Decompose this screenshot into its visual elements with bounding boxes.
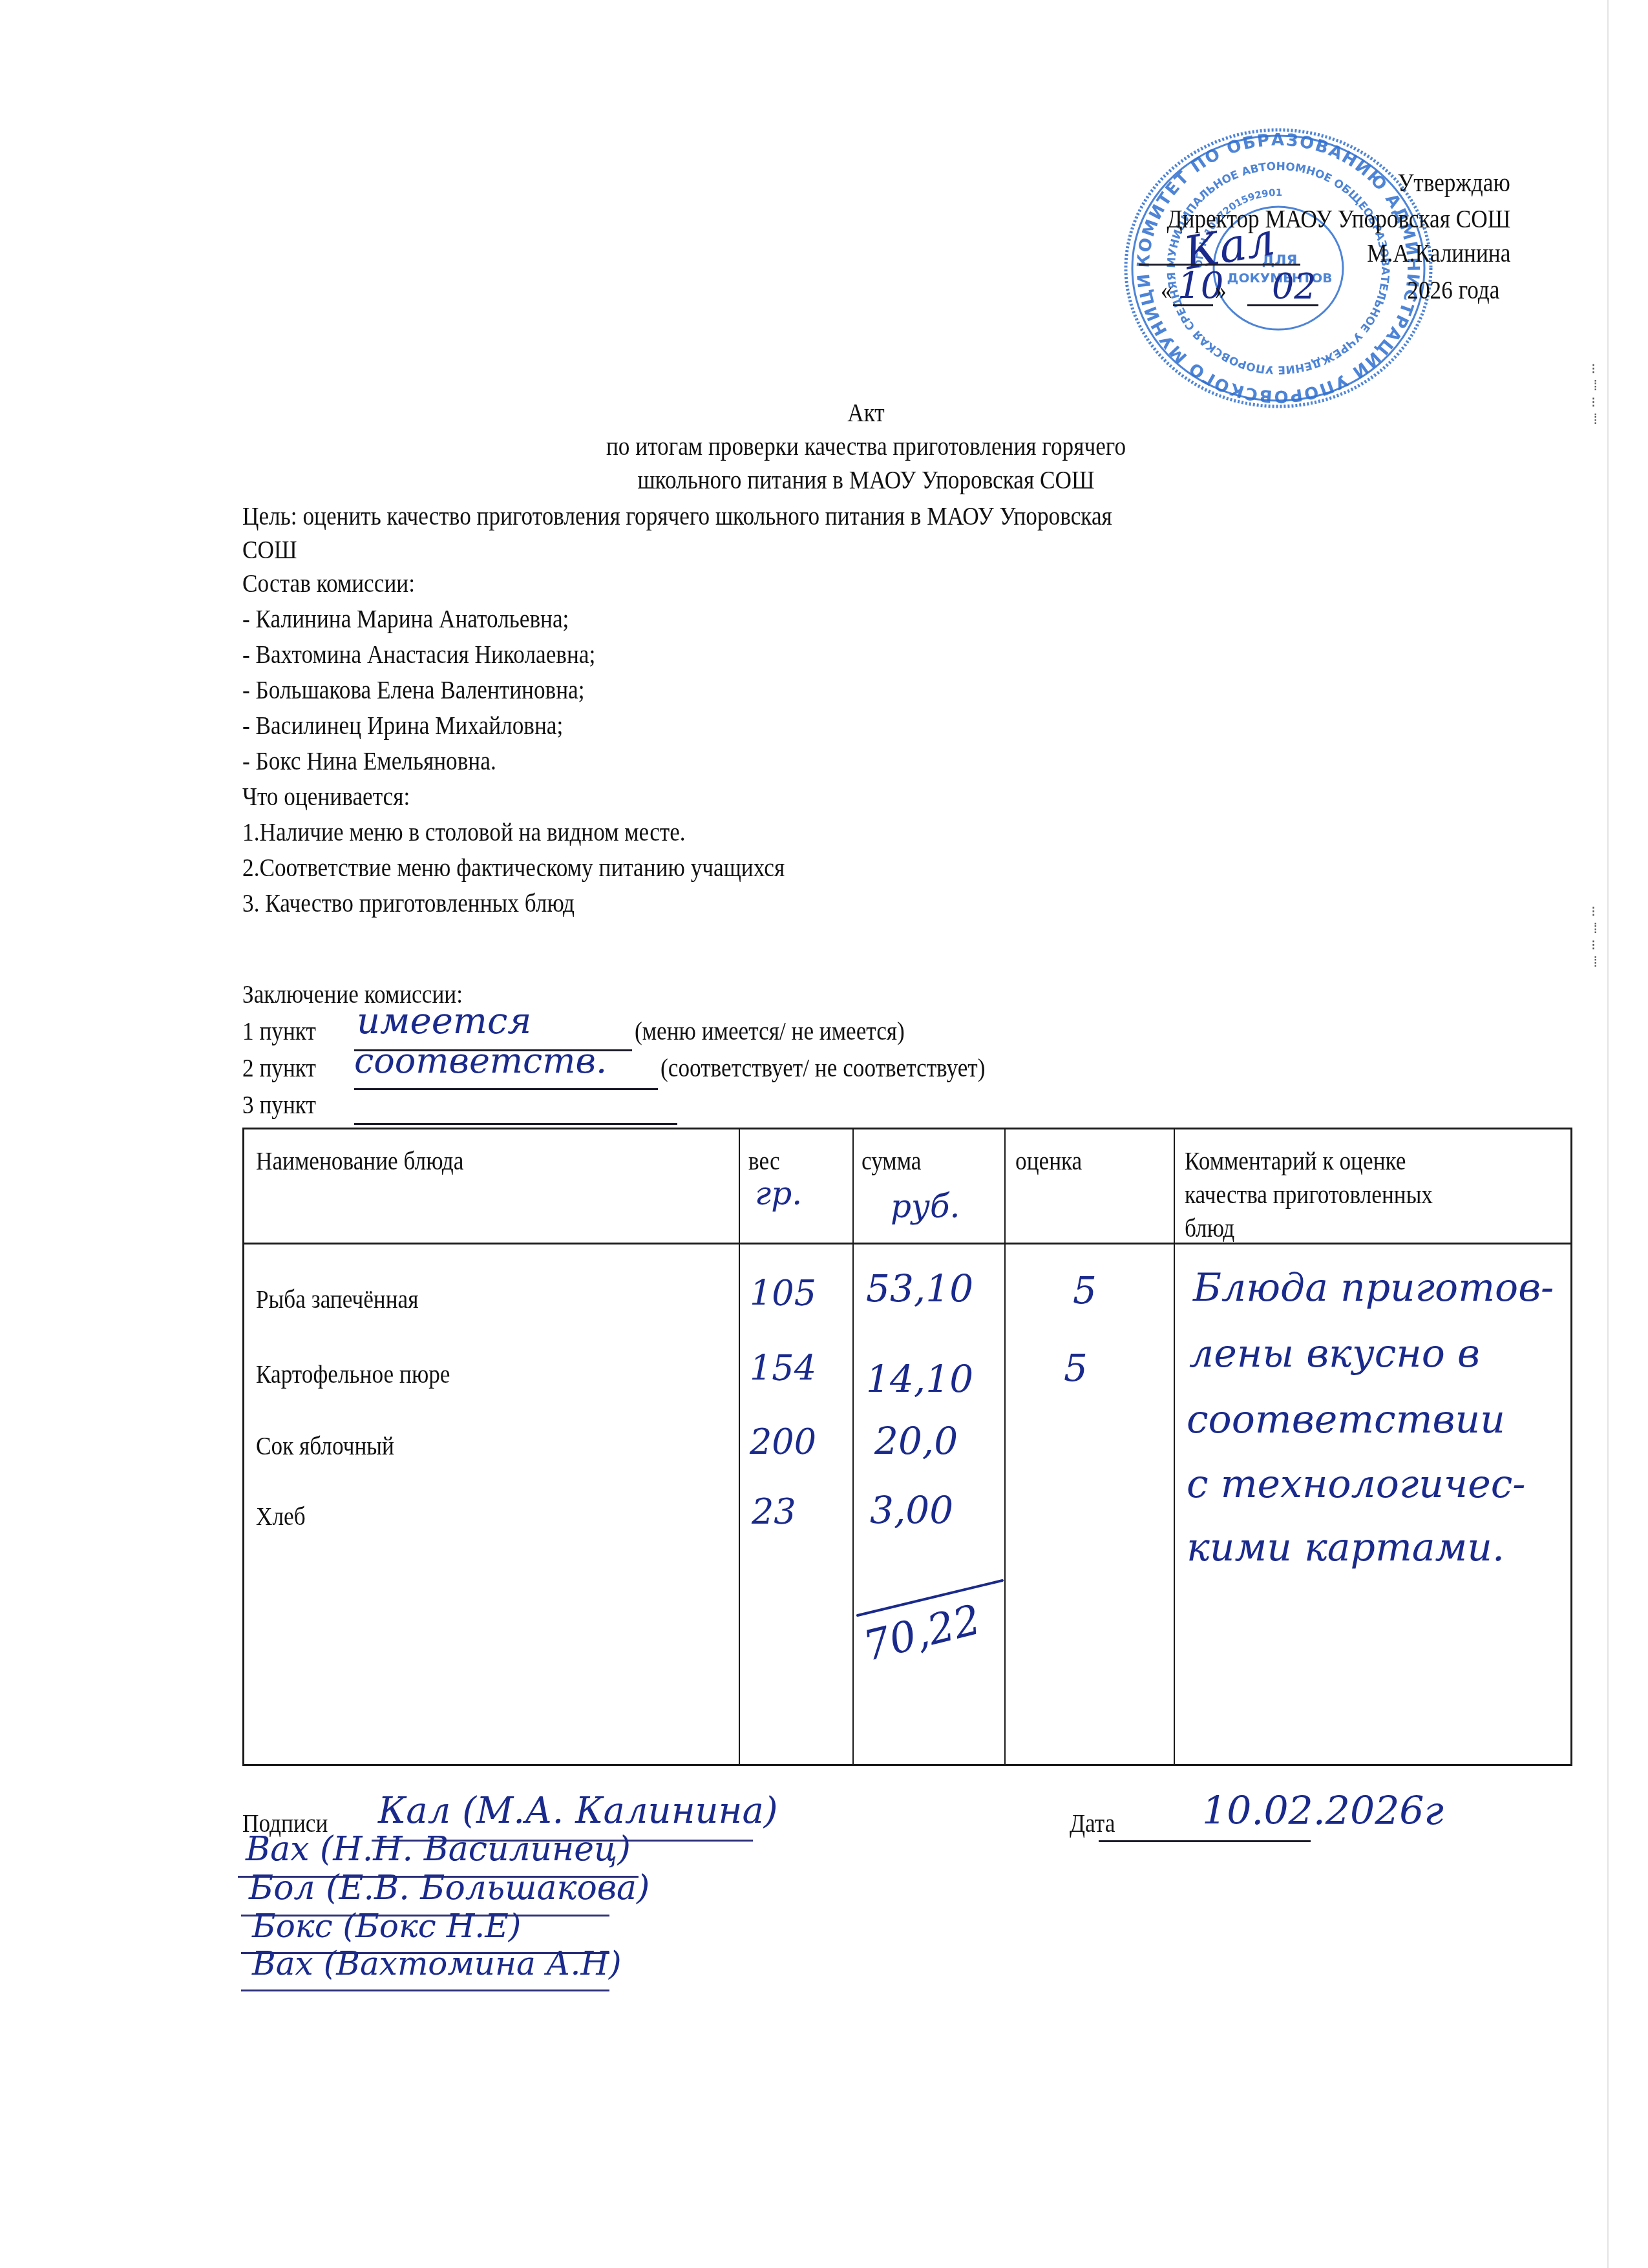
date-label: Дата (1070, 1806, 1115, 1840)
dish-weight: 105 (750, 1273, 816, 1314)
dishes-table: Наименование блюда вес гр. сумма руб. оц… (242, 1128, 1572, 1766)
commission-member: - Большакова Елена Валентиновна; (242, 673, 585, 706)
header-sum: сумма (861, 1144, 921, 1177)
dish-weight: 154 (750, 1348, 816, 1389)
dish-name: Хлеб (256, 1499, 306, 1533)
commission-label: Состав комиссии: (242, 566, 415, 600)
comment-line: соответствии (1187, 1397, 1505, 1442)
signature-underline (241, 1990, 609, 1991)
header-comment: Комментарий к оценке (1185, 1144, 1406, 1177)
document-subtitle-line2: школьного питания в МАОУ Упоровская СОШ (637, 463, 1094, 496)
header-sum-unit: руб. (891, 1188, 960, 1225)
header-grade: оценка (1015, 1144, 1082, 1177)
commission-member: - Вахтомина Анастасия Николаевна; (242, 637, 595, 671)
date-close-quote: » (1215, 273, 1227, 306)
goal-line1: Цель: оценить качество приготовления гор… (242, 499, 1112, 532)
dish-grade: 5 (1064, 1346, 1088, 1390)
commission-member: - Василинец Ирина Михайловна; (242, 708, 563, 742)
comment-line: кими картами. (1187, 1525, 1505, 1570)
point3-label: 3 пункт (242, 1087, 316, 1121)
dish-sum: 53,10 (866, 1266, 973, 1310)
criteria-item: 2.Соответствие меню фактическому питанию… (242, 850, 785, 884)
signature-line: Кал (М.А. Калинина) (378, 1790, 778, 1832)
approval-month: 02 (1272, 266, 1316, 307)
comment-line: лены вкусно в (1189, 1331, 1480, 1376)
date-open-quote: « (1161, 273, 1172, 306)
commission-member: - Бокс Нина Емельяновна. (242, 744, 496, 777)
header-comment: блюд (1185, 1211, 1234, 1244)
commission-member: - Калинина Марина Анатольевна; (242, 602, 569, 635)
criteria-label: Что оценивается: (242, 779, 410, 813)
header-weight-unit: гр. (755, 1175, 802, 1212)
scan-edge-marks: ⁝⁞⁝⁞ (1591, 362, 1604, 429)
signature-line: Вах (Н.Н. Василинец) (246, 1830, 631, 1869)
day-underline (1173, 304, 1213, 306)
signature-line: Бокс (Бокс Н.Е) (252, 1907, 521, 1945)
document-subtitle-line1: по итогам проверки качества приготовлени… (606, 429, 1126, 463)
scan-edge-marks: ⁝⁞⁝⁞ (1591, 905, 1604, 972)
dish-name: Картофельное пюре (256, 1357, 450, 1391)
point2-answer: соответств. (354, 1040, 607, 1081)
dish-weight: 23 (752, 1491, 796, 1532)
header-weight: вес (748, 1144, 780, 1177)
header-comment: качества приготовленных (1185, 1177, 1433, 1211)
signature-line: Вах (Вахтомина А.Н) (252, 1945, 622, 1982)
document-title: Акт (847, 395, 885, 429)
approval-year: 2026 года (1407, 273, 1499, 306)
point1-hint: (меню имеется/ не имеется) (635, 1014, 905, 1047)
approve-label: Утверждаю (1398, 165, 1510, 199)
dish-grade: 5 (1073, 1268, 1097, 1312)
dish-sum: 20,0 (874, 1419, 958, 1463)
dish-sum: 3,00 (870, 1488, 953, 1532)
goal-line2: СОШ (242, 532, 297, 566)
criteria-item: 3. Качество приготовленных блюд (242, 886, 575, 919)
signing-date: 10.02.2026г (1202, 1789, 1444, 1834)
header-dish-name: Наименование блюда (256, 1144, 463, 1177)
dish-name: Сок яблочный (256, 1429, 394, 1462)
point1-label: 1 пункт (242, 1014, 316, 1047)
dish-weight: 200 (750, 1422, 816, 1462)
point3-underline (354, 1123, 677, 1125)
point2-hint: (соответствует/ не соответствует) (660, 1051, 985, 1084)
point2-label: 2 пункт (242, 1051, 316, 1084)
criteria-item: 1.Наличие меню в столовой на видном мест… (242, 815, 686, 848)
scan-page-edge (1607, 0, 1609, 2268)
dish-name: Рыба запечённая (256, 1282, 418, 1316)
director-name: М.А.Калинина (1367, 236, 1510, 269)
month-underline (1247, 304, 1318, 306)
comment-line: с технологичес- (1187, 1462, 1526, 1507)
dish-sum: 14,10 (866, 1357, 973, 1401)
point2-underline (354, 1088, 658, 1090)
comment-line: Блюда приготов- (1193, 1265, 1554, 1310)
point1-answer: имеется (357, 1000, 531, 1042)
date-underline (1099, 1840, 1311, 1842)
signature-line: Бол (Е.В. Большакова) (249, 1869, 650, 1907)
